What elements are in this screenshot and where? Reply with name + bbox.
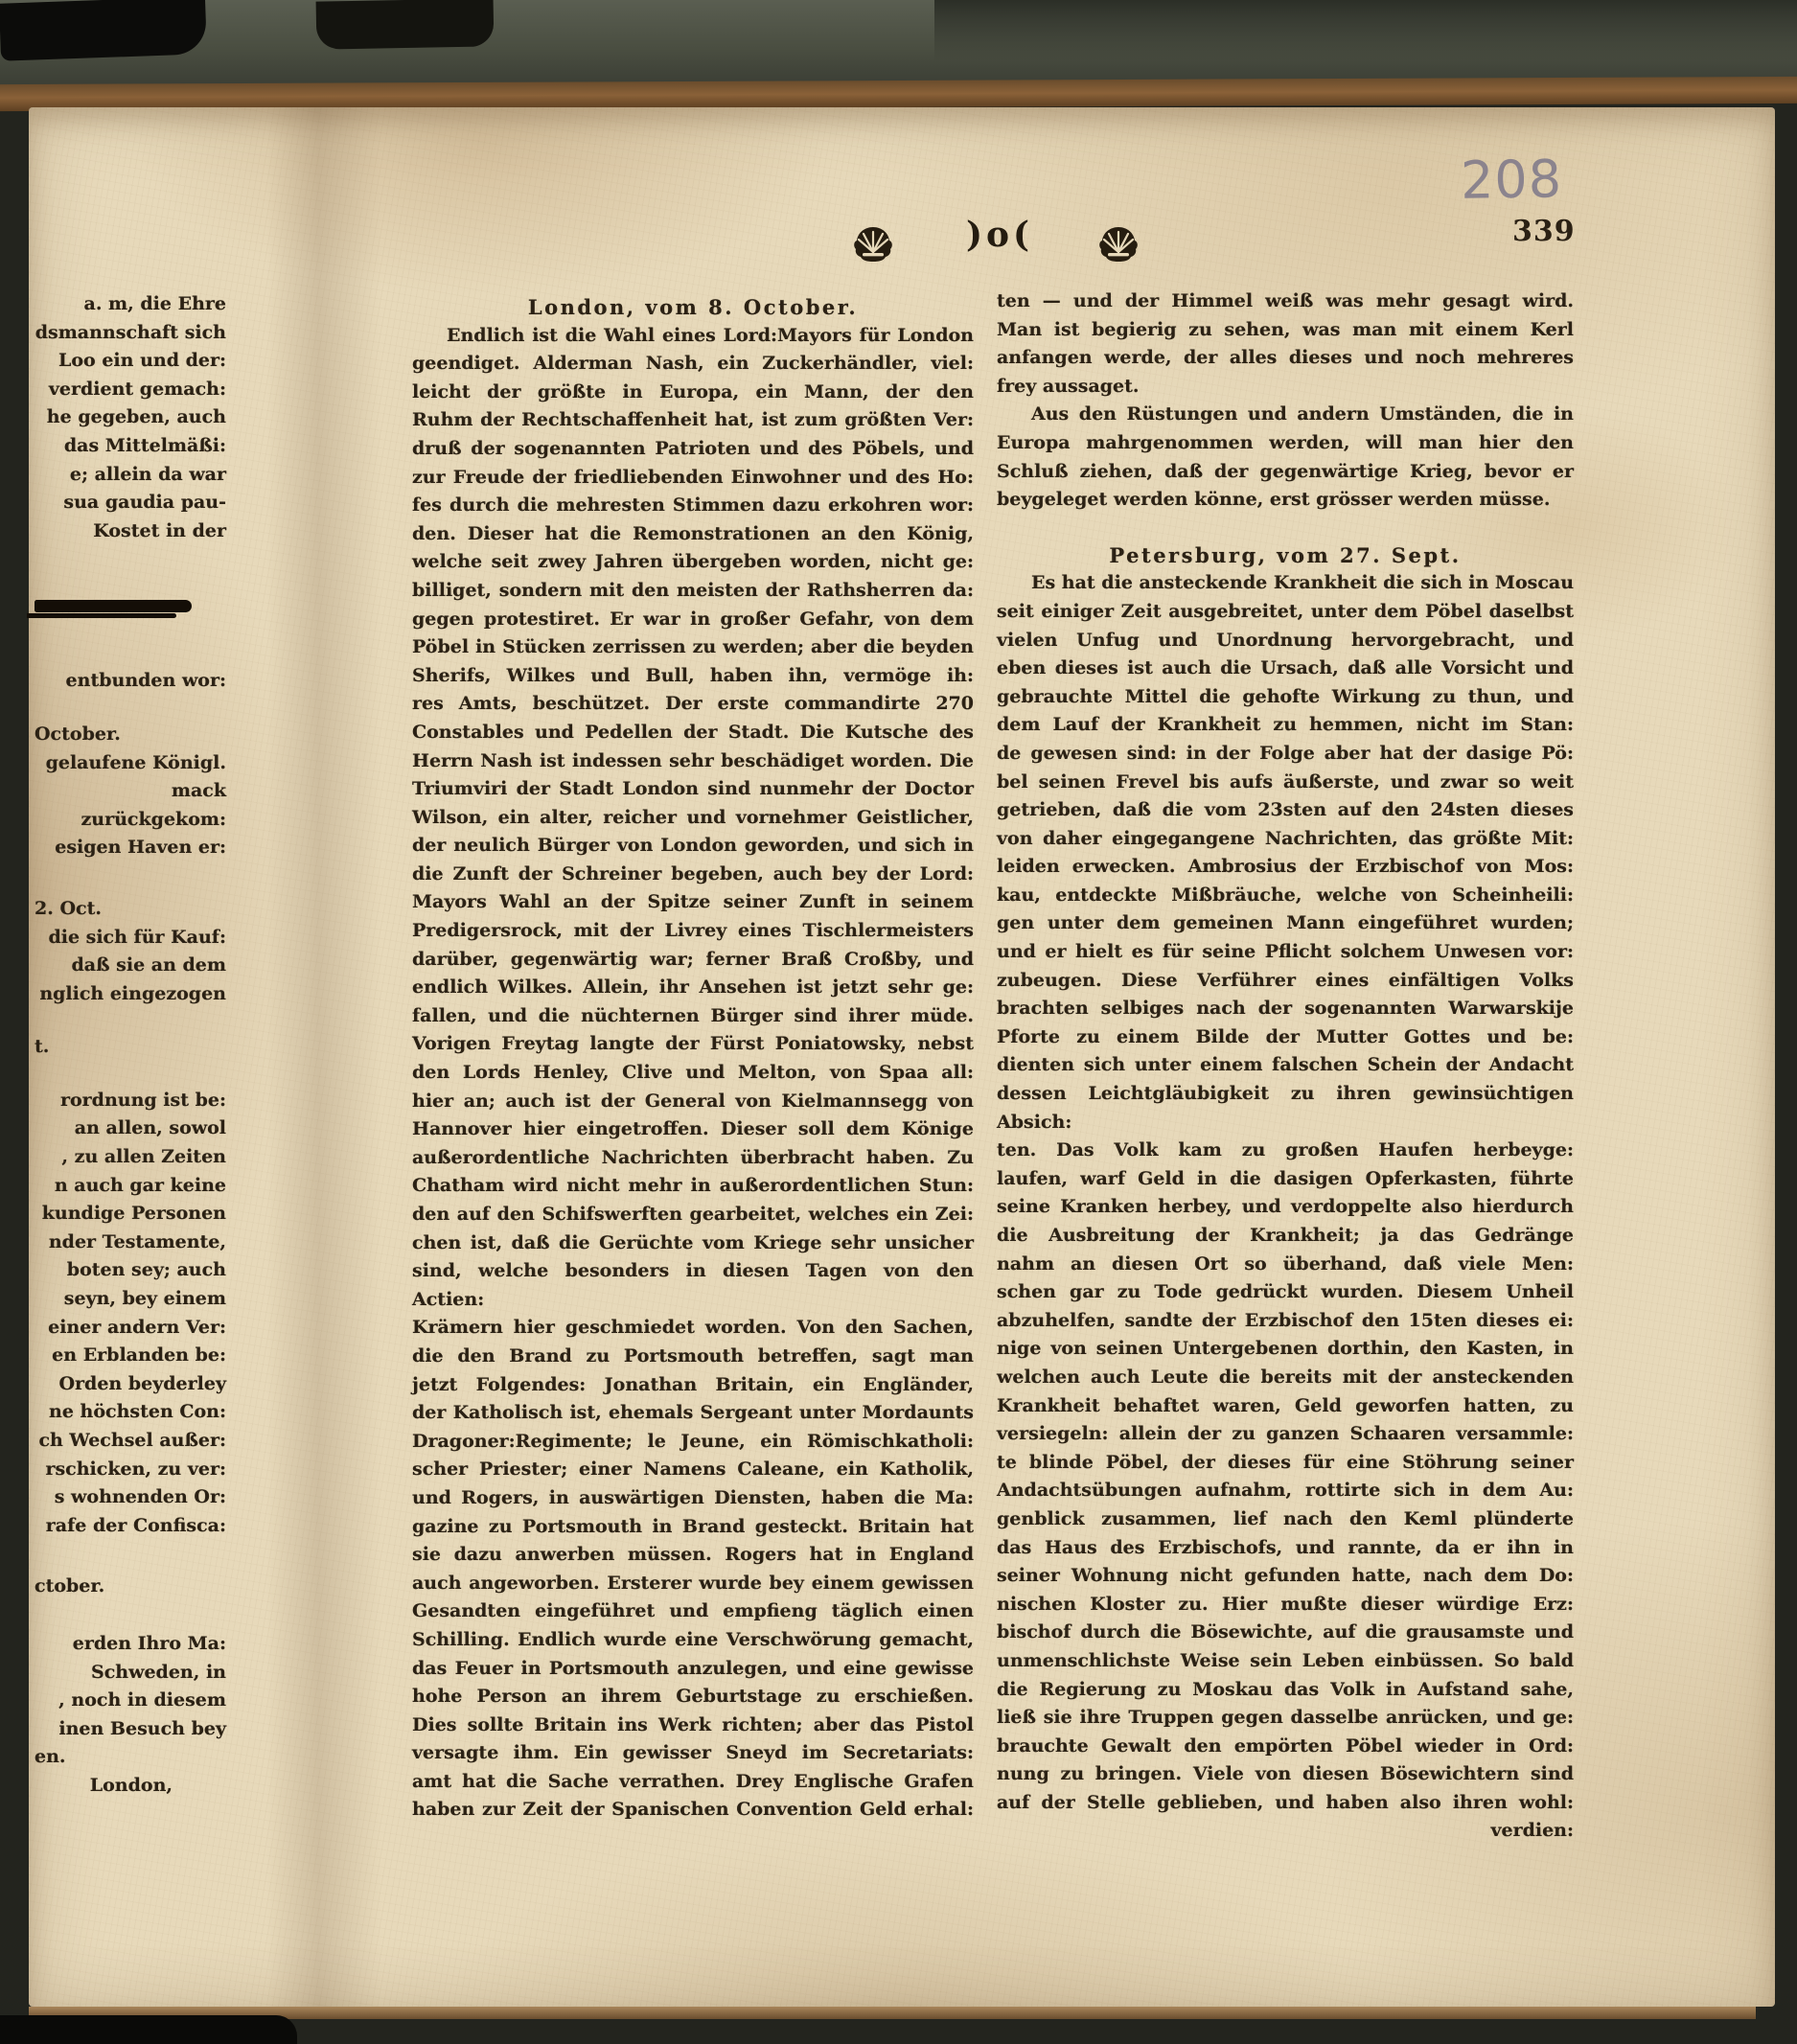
text-line: zur Freude der friedliebenden Einwohner … bbox=[412, 464, 974, 493]
text-line: gebrauchte Mittel die gehofte Wirkung zu… bbox=[997, 683, 1574, 712]
text-line: das Feuer in Portsmouth anzulegen, und e… bbox=[412, 1655, 974, 1684]
text-line: die Regierung zu Moskau das Volk in Aufs… bbox=[997, 1676, 1574, 1705]
text-line: anfangen werde, der alles dieses und noc… bbox=[997, 344, 1574, 373]
gutter-crease-shadow bbox=[266, 107, 381, 2007]
text-line: ne höchsten Con: bbox=[35, 1398, 226, 1427]
text-line: gen unter dem gemeinen Mann eingeführet … bbox=[997, 909, 1574, 938]
text-line: an allen, sowol bbox=[35, 1114, 226, 1143]
text-line: Krämern hier geschmiedet worden. Von den… bbox=[412, 1314, 974, 1343]
text-line: dem Lauf der Krankheit zu hemmen, nicht … bbox=[997, 711, 1574, 740]
text-line: en Erblanden be: bbox=[35, 1342, 226, 1370]
text-line: nglich eingezogen bbox=[35, 980, 226, 1009]
text-line: boten sey; auch bbox=[35, 1256, 226, 1285]
text-line: Dies sollte Britain ins Werk richten; ab… bbox=[412, 1711, 974, 1740]
text-line: Aus den Rüstungen und andern Umständen, … bbox=[997, 401, 1574, 429]
text-line: verdient gemach: bbox=[35, 376, 226, 404]
text-line: das Haus des Erzbischofs, und rannte, da… bbox=[997, 1534, 1574, 1563]
text-line: hohe Person an ihrem Geburtstage zu ersc… bbox=[412, 1683, 974, 1711]
text-line: die Ausbreitung der Krankheit; ja das Ge… bbox=[997, 1222, 1574, 1251]
scanned-newspaper-page: 208 339 )o( bbox=[0, 0, 1797, 2044]
text-line: Ruhm der Rechtschaffenheit hat, ist zum … bbox=[412, 406, 974, 435]
text-line: kundige Personen bbox=[35, 1200, 226, 1229]
text-line: bischof durch die Bösewichte, auf die gr… bbox=[997, 1619, 1574, 1647]
text-line: Es hat die ansteckende Krankheit die sic… bbox=[997, 569, 1574, 598]
text-line: auf der Stelle geblieben, und haben also… bbox=[997, 1789, 1574, 1818]
text-line: sie dazu anwerben müssen. Rogers hat in … bbox=[412, 1541, 974, 1570]
text-line: rschicken, zu ver: bbox=[35, 1456, 226, 1484]
text-line: a. m, die Ehre bbox=[35, 290, 226, 319]
text-line: die den Brand zu Portsmouth betreffen, s… bbox=[412, 1343, 974, 1371]
text-line: den Lords Henley, Clive und Melton, von … bbox=[412, 1059, 974, 1088]
article-heading: London, vom 8. October. bbox=[412, 293, 974, 322]
text-line: gelaufene Königl. bbox=[35, 749, 226, 778]
text-line: Endlich ist die Wahl eines Lord:Mayors f… bbox=[412, 322, 974, 351]
text-line: die sich für Kauf: bbox=[35, 924, 226, 953]
text-line: sua gaudia pau- bbox=[35, 489, 226, 517]
spacer bbox=[35, 1062, 226, 1087]
text-line: erden Ihro Ma: bbox=[35, 1630, 226, 1659]
text-line: s wohnenden Or: bbox=[35, 1483, 226, 1512]
text-line: von daher eingegangene Nachrichten, das … bbox=[997, 825, 1574, 854]
text-line: laufen, warf Geld in die dasigen Opferka… bbox=[997, 1165, 1574, 1194]
text-line: den auf den Schifswerften gearbeitet, we… bbox=[412, 1201, 974, 1229]
text-line: t. bbox=[35, 1033, 226, 1062]
text-line: Pforte zu einem Bilde der Mutter Gottes … bbox=[997, 1023, 1574, 1052]
shell-fleuron-right-icon bbox=[1098, 226, 1139, 266]
text-line: Orden beyderley bbox=[35, 1370, 226, 1399]
text-line: Man ist begierig zu sehen, was man mit e… bbox=[997, 316, 1574, 345]
text-line: nung zu bringen. Viele von diesen Bösewi… bbox=[997, 1760, 1574, 1789]
text-line: res Amts, beschützet. Der erste commandi… bbox=[412, 690, 974, 719]
text-line: auch angeworben. Ersterer wurde bey eine… bbox=[412, 1570, 974, 1598]
archive-stamp-number: 208 bbox=[1460, 149, 1562, 211]
text-line: abzuhelfen, sandte der Erzbischof den 15… bbox=[997, 1307, 1574, 1336]
text-line: inen Besuch bey bbox=[35, 1715, 226, 1744]
bottom-left-dark-corner bbox=[0, 2015, 297, 2044]
text-line: die Zunft der Schreiner begeben, auch be… bbox=[412, 861, 974, 889]
text-line: Chatham wird nicht mehr in außerordentli… bbox=[412, 1172, 974, 1201]
text-line: gazine zu Portsmouth in Brand gesteckt. … bbox=[412, 1513, 974, 1542]
text-line: Krankheit behaftet waren, Geld geworfen … bbox=[997, 1392, 1574, 1421]
text-line: dsmannschaft sich bbox=[35, 319, 226, 348]
spacer bbox=[35, 545, 226, 595]
text-line: ten — und der Himmel weiß was mehr gesag… bbox=[997, 287, 1574, 316]
text-line: ctober. bbox=[35, 1573, 226, 1601]
text-line: nischen Kloster zu. Hier mußte dieser wü… bbox=[997, 1591, 1574, 1619]
text-line: schen gar zu Tode gedrückt wurden. Diese… bbox=[997, 1278, 1574, 1307]
text-line: unmenschlichste Weise sein Leben einbüss… bbox=[997, 1647, 1574, 1676]
text-line: brachten selbiges nach der sogenannten W… bbox=[997, 995, 1574, 1023]
text-line: he gegeben, auch bbox=[35, 403, 226, 432]
text-line: der Katholisch ist, ehemals Sergeant unt… bbox=[412, 1399, 974, 1428]
text-line: einer andern Ver: bbox=[35, 1314, 226, 1343]
book-cover-shadow bbox=[934, 0, 1797, 61]
right-column: ten — und der Himmel weiß was mehr gesag… bbox=[997, 287, 1574, 1846]
text-line: seyn, bey einem bbox=[35, 1285, 226, 1314]
text-line: en. bbox=[35, 1743, 226, 1772]
spacer bbox=[35, 1008, 226, 1033]
text-line: darüber, gegenwärtig war; ferner Braß Cr… bbox=[412, 946, 974, 975]
spacer bbox=[35, 696, 226, 721]
text-line: , noch in diesem bbox=[35, 1687, 226, 1715]
text-line: daß sie an dem bbox=[35, 952, 226, 980]
text-line: fes durch die mehresten Stimmen dazu erk… bbox=[412, 492, 974, 520]
text-line: endlich Wilkes. Allein, ihr Ansehen ist … bbox=[412, 974, 974, 1002]
text-line: ch Wechsel außer: bbox=[35, 1427, 226, 1456]
text-line: eben dieses ist auch die Ursach, daß all… bbox=[997, 655, 1574, 683]
text-line: versagte ihm. Ein gewisser Sneyd im Secr… bbox=[412, 1739, 974, 1768]
signature-separator-mark: )o( bbox=[966, 215, 1033, 255]
text-line: October. bbox=[35, 721, 226, 749]
text-line: rafe der Confisca: bbox=[35, 1512, 226, 1541]
text-line: ten. Das Volk kam zu großen Haufen herbe… bbox=[997, 1137, 1574, 1165]
text-line: Hannover hier eingetroffen. Dieser soll … bbox=[412, 1115, 974, 1144]
binding-corner-dark-mid bbox=[316, 0, 495, 50]
text-line: London, bbox=[35, 1772, 226, 1801]
text-line: brauchte Gewalt den empörten Pöbel wiede… bbox=[997, 1733, 1574, 1761]
article-heading: Petersburg, vom 27. Sept. bbox=[997, 541, 1574, 570]
text-line: entbunden wor: bbox=[35, 667, 226, 696]
text-line: nige von seinen Untergebenen dorthin, de… bbox=[997, 1335, 1574, 1364]
text-line: zubeugen. Diese Verführer eines einfälti… bbox=[997, 967, 1574, 996]
text-line: amt hat die Sache verrathen. Drey Englis… bbox=[412, 1768, 974, 1797]
text-line: geendiget. Alderman Nash, ein Zuckerhänd… bbox=[412, 350, 974, 379]
text-line: welchen auch Leute die bereits mit der a… bbox=[997, 1364, 1574, 1392]
text-line: Andachtsübungen aufnahm, rottirte sich i… bbox=[997, 1477, 1574, 1505]
text-line: jetzt Folgendes: Jonathan Britain, ein E… bbox=[412, 1371, 974, 1400]
thick-rule-fragment bbox=[35, 600, 192, 612]
text-line: außerordentliche Nachrichten überbracht … bbox=[412, 1144, 974, 1173]
page-bottom-edge bbox=[29, 2007, 1756, 2019]
text-line: scher Priester; einer Namens Caleane, ei… bbox=[412, 1456, 974, 1484]
text-line: beygeleget werden könne, erst grösser we… bbox=[997, 486, 1574, 515]
text-line: Herrn Nash ist indessen sehr beschädiget… bbox=[412, 747, 974, 776]
text-line: Triumviri der Stadt London sind nunmehr … bbox=[412, 775, 974, 804]
text-line: dessen Leichtgläubigkeit zu ihren gewins… bbox=[997, 1080, 1574, 1137]
text-line: welche seit zwey Jahren übergeben worden… bbox=[412, 548, 974, 577]
text-line: vielen Unfug und Unordnung hervorgebrach… bbox=[997, 627, 1574, 655]
text-line: billiget, sondern mit den meisten der Ra… bbox=[412, 577, 974, 606]
text-line: und er hielt es für seine Pflicht solche… bbox=[997, 938, 1574, 967]
text-line: Schilling. Endlich wurde eine Verschwöru… bbox=[412, 1626, 974, 1655]
text-line: der neulich Bürger von London geworden, … bbox=[412, 832, 974, 861]
text-line: leiden erwecken. Ambrosius der Erzbischo… bbox=[997, 853, 1574, 882]
text-line: nder Testamente, bbox=[35, 1229, 226, 1257]
text-line: haben zur Zeit der Spanischen Convention… bbox=[412, 1796, 974, 1825]
text-line: versiegeln: allein der zu ganzen Schaare… bbox=[997, 1420, 1574, 1449]
left-page-fragment-column: a. m, die Ehredsmannschaft sichLoo ein u… bbox=[35, 290, 226, 1801]
text-line: bel seinen Frevel bis aufs äußerste, und… bbox=[997, 769, 1574, 797]
text-line: verdien: bbox=[997, 1817, 1574, 1846]
london-article-column: London, vom 8. October.Endlich ist die W… bbox=[412, 293, 974, 1825]
text-line: rordnung ist be: bbox=[35, 1087, 226, 1115]
text-line: esigen Haven er: bbox=[35, 834, 226, 862]
text-line: Vorigen Freytag langte der Fürst Poniato… bbox=[412, 1030, 974, 1059]
text-line: sind, welche besonders in diesen Tagen v… bbox=[412, 1257, 974, 1314]
text-line: nahm an diesen Ort so überhand, daß viel… bbox=[997, 1251, 1574, 1279]
text-line: n auch gar keine bbox=[35, 1172, 226, 1201]
text-line: Kostet in der bbox=[35, 517, 226, 546]
text-line: Europa mahrgenommen werden, will man hie… bbox=[997, 429, 1574, 458]
text-line: , zu allen Zeiten bbox=[35, 1143, 226, 1172]
text-line: hier an; auch ist der General von Kielma… bbox=[412, 1088, 974, 1116]
page-number: 339 bbox=[1512, 215, 1576, 248]
text-line: leicht der größte in Europa, ein Mann, d… bbox=[412, 379, 974, 407]
text-line: dienten sich unter einem falschen Schein… bbox=[997, 1051, 1574, 1080]
spacer bbox=[35, 619, 226, 667]
text-line: genblick zusammen, lief nach den Keml pl… bbox=[997, 1505, 1574, 1534]
text-line: seit einiger Zeit ausgebreitet, unter de… bbox=[997, 598, 1574, 627]
text-line: seiner Wohnung nicht gefunden hatte, nac… bbox=[997, 1562, 1574, 1591]
text-line: getrieben, daß die vom 23sten auf den 24… bbox=[997, 796, 1574, 825]
text-line: 2. Oct. bbox=[35, 895, 226, 924]
text-line: das Mittelmäßi: bbox=[35, 432, 226, 461]
text-line: chen ist, daß die Gerüchte vom Kriege se… bbox=[412, 1229, 974, 1258]
text-line: Pöbel in Stücken zerrissen zu werden; ab… bbox=[412, 633, 974, 662]
text-line: Wilson, ein alter, reicher und vornehmer… bbox=[412, 804, 974, 833]
spacer bbox=[997, 515, 1574, 541]
text-line: mack zurückgekom: bbox=[35, 777, 226, 834]
text-line: Gesandten eingeführet und empfieng tägli… bbox=[412, 1597, 974, 1626]
text-line: Predigersrock, mit der Livrey eines Tisc… bbox=[412, 917, 974, 946]
spacer bbox=[35, 1540, 226, 1573]
text-line: Loo ein und der: bbox=[35, 347, 226, 376]
text-line: Schweden, in bbox=[35, 1659, 226, 1688]
binding-corner-dark-left bbox=[0, 0, 207, 61]
text-line: fallen, und die nüchternen Bürger sind i… bbox=[412, 1002, 974, 1031]
text-line: Schluß ziehen, daß der gegenwärtige Krie… bbox=[997, 458, 1574, 487]
text-line: de gewesen sind: in der Folge aber hat d… bbox=[997, 740, 1574, 769]
text-line: Sherifs, Wilkes und Bull, haben ihn, ver… bbox=[412, 662, 974, 691]
text-line: Constables und Pedellen der Stadt. Die K… bbox=[412, 719, 974, 747]
spacer bbox=[35, 862, 226, 895]
text-line: te blinde Pöbel, der dieses für eine Stö… bbox=[997, 1449, 1574, 1478]
text-line: gegen protestiret. Er war in großer Gefa… bbox=[412, 606, 974, 634]
text-line: den. Dieser hat die Remonstrationen an d… bbox=[412, 520, 974, 549]
text-line: seine Kranken herbey, und verdoppelte al… bbox=[997, 1193, 1574, 1222]
text-line: kau, entdeckte Mißbräuche, welche von Sc… bbox=[997, 882, 1574, 910]
text-line: e; allein da war bbox=[35, 461, 226, 490]
spacer bbox=[35, 1601, 226, 1630]
text-line: Dragoner:Regimente; le Jeune, ein Römisc… bbox=[412, 1428, 974, 1457]
text-line: frey aussaget. bbox=[997, 373, 1574, 402]
text-line: druß der sogenannten Patrioten und des P… bbox=[412, 435, 974, 464]
text-line: und Rogers, in auswärtigen Diensten, hab… bbox=[412, 1484, 974, 1513]
shell-fleuron-left-icon bbox=[853, 226, 893, 266]
text-line: ließ sie ihre Truppen gegen dasselbe anr… bbox=[997, 1704, 1574, 1733]
text-line: Mayors Wahl an der Spitze seiner Zunft i… bbox=[412, 888, 974, 917]
